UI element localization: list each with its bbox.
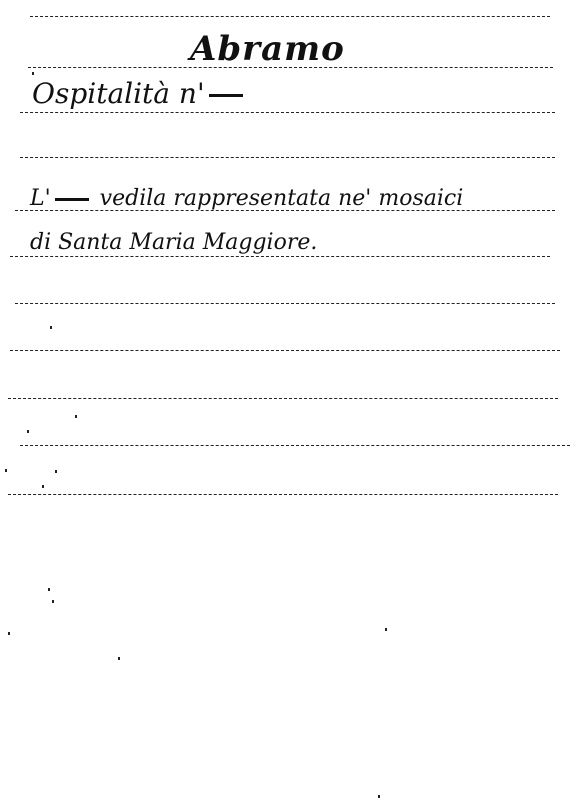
ruled-line (20, 157, 555, 158)
scan-speck (42, 485, 44, 488)
scan-speck (385, 628, 387, 631)
ditto-dash (55, 198, 89, 201)
ruled-line (15, 303, 555, 304)
body-line-1: L' vedila rappresentata ne' mosaici (30, 188, 463, 210)
body-line-2-text: di Santa Maria Maggiore. (30, 230, 317, 255)
ruled-line (8, 398, 558, 399)
card-subject: Ospitalità n' (32, 80, 247, 108)
ruled-line (8, 494, 558, 495)
ruled-line (10, 256, 550, 257)
body-line-1-prefix: L' (30, 186, 51, 211)
ruled-line (30, 16, 550, 17)
scan-speck (32, 72, 34, 75)
scan-speck (75, 415, 77, 418)
body-line-2: di Santa Maria Maggiore. (30, 232, 317, 254)
scan-speck (52, 600, 54, 603)
ruled-line (20, 445, 570, 446)
scan-speck (48, 588, 50, 591)
scan-speck (5, 469, 7, 472)
index-card: Abramo Ospitalità n' L' vedila rappresen… (0, 0, 577, 800)
ruled-line (20, 112, 555, 113)
card-heading: Abramo (190, 32, 345, 66)
scan-speck (50, 326, 52, 329)
scan-speck (118, 657, 120, 660)
ditto-dash (209, 94, 243, 97)
scan-speck (27, 430, 29, 433)
scan-speck (55, 470, 57, 473)
scan-speck (8, 632, 10, 635)
scan-speck (378, 795, 380, 798)
ruled-line (10, 350, 560, 351)
body-line-1-text: vedila rappresentata ne' mosaici (100, 186, 464, 211)
subject-text: Ospitalità n' (32, 77, 205, 110)
